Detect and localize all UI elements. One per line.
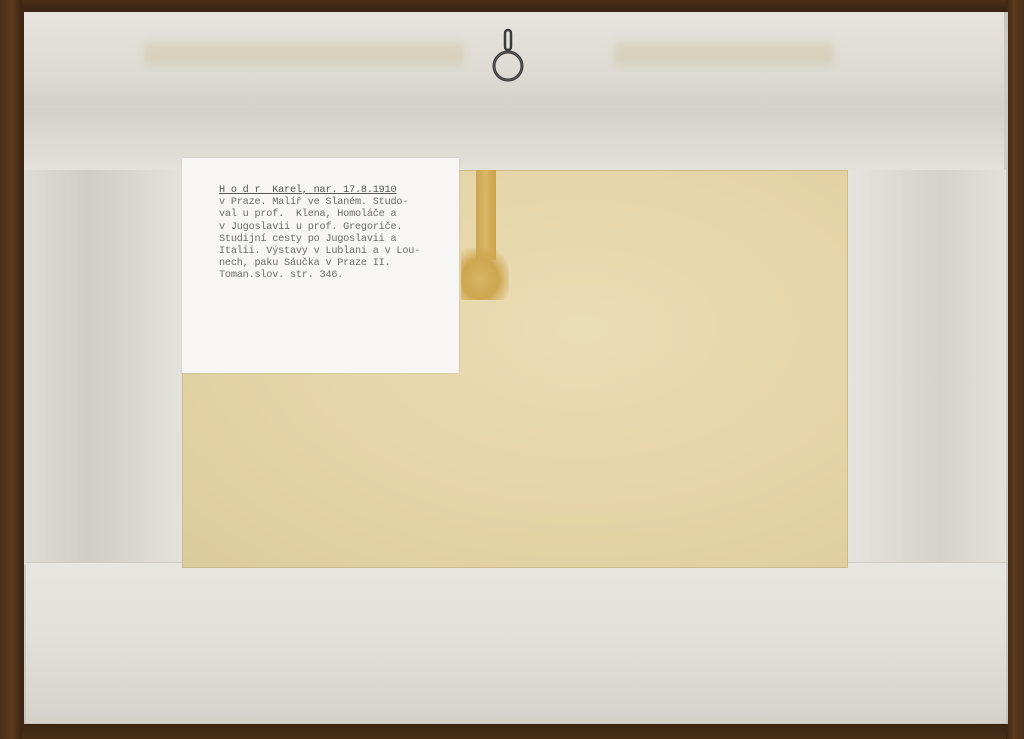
glue-stain-blot	[461, 248, 509, 300]
tape-strip-left	[24, 170, 184, 565]
tape-stain	[614, 42, 834, 66]
label-line: val u prof. Klena, Homoláče a	[219, 209, 459, 221]
label-heading: H o d r Karel, nar. 17.8.1910	[219, 185, 459, 197]
typed-label-card: H o d r Karel, nar. 17.8.1910v Praze. Ma…	[182, 158, 459, 373]
label-line: Italii. Výstavy v Lublani a v Lou-	[219, 246, 459, 258]
tape-strip-bottom	[26, 562, 1006, 723]
tape-strip-right	[844, 170, 1006, 565]
label-line: Toman.slov. str. 346.	[219, 270, 459, 282]
glue-stain-strip	[476, 170, 496, 260]
label-line: v Praze. Malíř ve Slaném. Studo-	[219, 197, 459, 209]
label-line: v Jugoslavii u prof. Gregoriče.	[219, 222, 459, 234]
hanging-ring-icon	[488, 28, 528, 84]
tape-stain	[144, 42, 464, 66]
label-text: H o d r Karel, nar. 17.8.1910v Praze. Ma…	[219, 185, 459, 283]
label-line: nech, paku Sáučka v Praze II.	[219, 258, 459, 270]
label-line: Studijní cesty po Jugoslavii a	[219, 234, 459, 246]
